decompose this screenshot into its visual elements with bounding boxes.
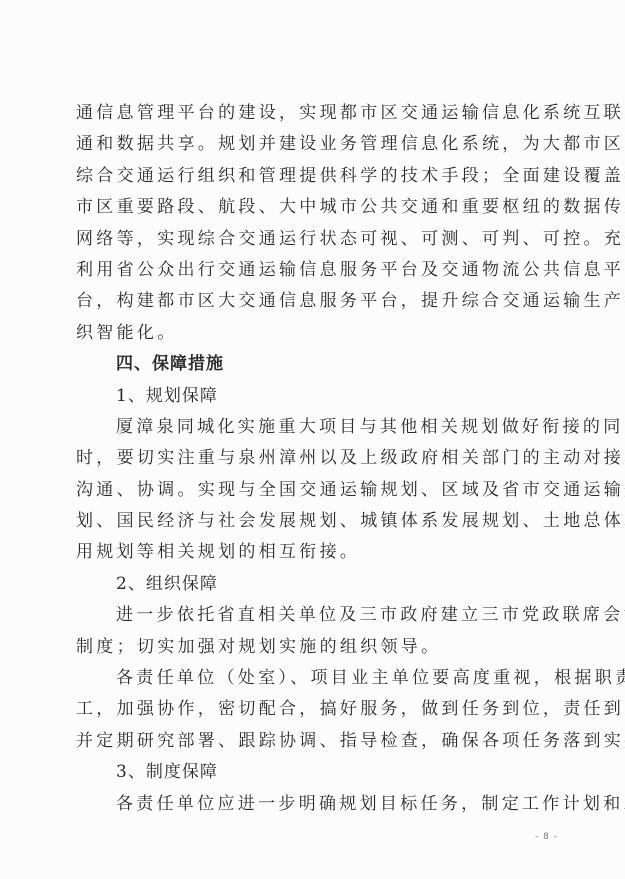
- text-line: 市区重要路段、航段、大中城市公共交通和重要枢纽的数据传感: [76, 192, 556, 223]
- text-line: 进一步依托省直相关单位及三市政府建立三市党政联席会议: [76, 600, 556, 631]
- text-line: 用规划等相关规划的相互衔接。: [76, 537, 556, 568]
- text-line: 综合交通运行组织和管理提供科学的技术手段；全面建设覆盖都: [76, 161, 556, 192]
- text-line: 时，要切实注重与泉州漳州以及上级政府相关部门的主动对接、: [76, 443, 556, 474]
- text-line: 通信息管理平台的建设，实现都市区交通运输信息化系统互联互: [76, 98, 556, 129]
- text-line: 划、国民经济与社会发展规划、城镇体系发展规划、土地总体利: [76, 506, 556, 537]
- text-line: 台，构建都市区大交通信息服务平台，提升综合交通运输生产组: [76, 286, 556, 317]
- text-line: 利用省公众出行交通运输信息服务平台及交通物流公共信息平: [76, 255, 556, 286]
- subsection-heading: 1、规划保障: [76, 381, 556, 412]
- text-line: 厦漳泉同城化实施重大项目与其他相关规划做好衔接的同: [76, 412, 556, 443]
- text-line: 工，加强协作，密切配合，搞好服务，做到任务到位，责任到人，: [76, 694, 556, 725]
- subsection-system-guarantee: 3、制度保障 各责任单位应进一步明确规划目标任务，制定工作计划和工: [76, 757, 556, 820]
- text-line: 织智能化。: [76, 318, 556, 349]
- text-line: 沟通、协调。实现与全国交通运输规划、区域及省市交通运输规: [76, 475, 556, 506]
- subsection-heading: 3、制度保障: [76, 757, 556, 788]
- text-line: 通和数据共享。规划并建设业务管理信息化系统，为大都市区的: [76, 129, 556, 160]
- text-line: 各责任单位（处室）、项目业主单位要高度重视，根据职责分: [76, 663, 556, 694]
- subsection-heading: 2、组织保障: [76, 569, 556, 600]
- subsection-planning-guarantee: 1、规划保障 厦漳泉同城化实施重大项目与其他相关规划做好衔接的同 时，要切实注重…: [76, 381, 556, 569]
- section-heading: 四、保障措施: [76, 349, 556, 380]
- text-line: 制度；切实加强对规划实施的组织领导。: [76, 632, 556, 663]
- text-line: 各责任单位应进一步明确规划目标任务，制定工作计划和工: [76, 789, 556, 820]
- subsection-organization-guarantee: 2、组织保障 进一步依托省直相关单位及三市政府建立三市党政联席会议 制度；切实加…: [76, 569, 556, 757]
- document-page: 通信息管理平台的建设，实现都市区交通运输信息化系统互联互 通和数据共享。规划并建…: [0, 0, 625, 879]
- text-line: 网络等，实现综合交通运行状态可视、可测、可判、可控。充分: [76, 224, 556, 255]
- paragraph-continuation: 通信息管理平台的建设，实现都市区交通运输信息化系统互联互 通和数据共享。规划并建…: [76, 98, 556, 349]
- text-line: 并定期研究部署、跟踪协调、指导检查，确保各项任务落到实处。: [76, 726, 556, 757]
- document-body: 通信息管理平台的建设，实现都市区交通运输信息化系统互联互 通和数据共享。规划并建…: [76, 98, 556, 820]
- page-number: - 8 -: [535, 832, 558, 842]
